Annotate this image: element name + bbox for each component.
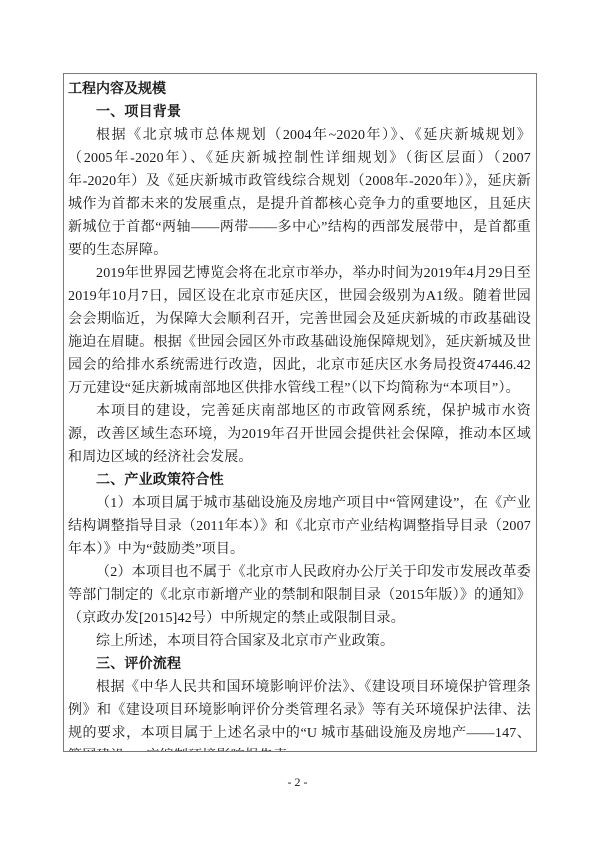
page-number: - 2 - [0, 772, 595, 792]
paragraph-evaluation-basis: 根据《中华人民共和国环境影响评价法》、《建设项目环境保护管理条例》和《建设项目环… [68, 676, 531, 752]
paragraph-expo-background: 2019年世界园艺博览会将在北京市举办，举办时间为2019年4月29日至2019… [68, 262, 531, 400]
section-heading-project-background: 一、项目背景 [68, 101, 531, 124]
section-heading-industrial-policy: 二、产业政策符合性 [68, 469, 531, 492]
paragraph-policy-item-2: （2）本项目也不属于《北京市人民政府办公厅关于印发市发展改革委等部门制定的《北京… [68, 561, 531, 630]
paragraph-project-purpose: 本项目的建设，完善延庆南部地区的市政管网系统，保护城市水资源，改善区域生态环境，… [68, 400, 531, 469]
paragraph-policy-conclusion: 综上所述，本项目符合国家及北京市产业政策。 [68, 630, 531, 653]
table-header-label: 工程内容及规模 [68, 78, 531, 101]
section-heading-evaluation-process: 三、评价流程 [68, 653, 531, 676]
paragraph-planning-basis: 根据《北京城市总体规划（2004年~2020年）》、《延庆新城规划》（2005年… [68, 124, 531, 262]
document-page: 工程内容及规模 一、项目背景 根据《北京城市总体规划（2004年~2020年）》… [0, 0, 595, 841]
content-table-cell: 工程内容及规模 一、项目背景 根据《北京城市总体规划（2004年~2020年）》… [63, 73, 537, 752]
paragraph-policy-item-1: （1）本项目属于城市基础设施及房地产项目中“管网建设”，在《产业结构调整指导目录… [68, 492, 531, 561]
